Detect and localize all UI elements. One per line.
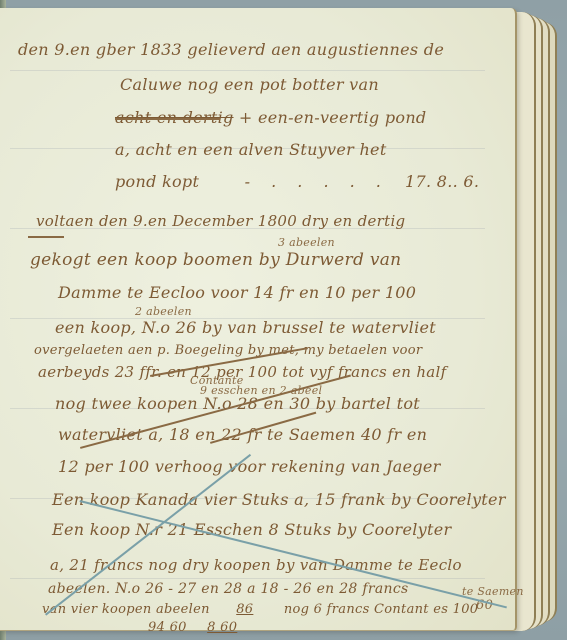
entry2-line11: Een koop N.r 21 Esschen 8 Stuks by Coore… xyxy=(52,520,451,539)
entry2-line5: overgelaeten aen p. Boegeling by met, my… xyxy=(34,343,422,358)
entry2-line3: Damme te Eecloo voor 14 fr en 10 per 100 xyxy=(58,283,416,302)
ruled-line xyxy=(10,70,485,71)
entry2-line2: gekogt een koop boomen by Durwerd van xyxy=(30,250,401,270)
entry2-line13: abeelen. N.o 26 - 27 en 28 a 18 - 26 en … xyxy=(48,581,408,597)
entry1-line5: pond kopt - . . . . . xyxy=(115,172,389,191)
entry2-line1: voltaen den 9.en December 1800 dry en de… xyxy=(36,212,405,230)
entry2-superscript2: 2 abeelen xyxy=(135,305,192,318)
sum-value: 86 xyxy=(236,602,253,617)
entry2-superscript1: 3 abeelen xyxy=(278,236,335,249)
entry2-line8: watervliet a, 18 en 22 fr te Saemen 40 f… xyxy=(58,425,427,444)
entry2-line15: 94 60 8 60 xyxy=(148,620,237,635)
entry1-line2: Caluwe nog een pot botter van xyxy=(120,75,379,94)
entry2-line14: van vier koopen abeelen 86 nog 6 francs … xyxy=(42,602,478,617)
underline-mark xyxy=(28,236,64,238)
margin-note: te Saemen xyxy=(462,585,524,598)
entry2-line7: nog twee koopen N.o 28 en 30 by bartel t… xyxy=(55,394,420,413)
ruled-line xyxy=(10,578,485,579)
entry1-line1: den 9.en gber 1833 gelieverd aen augusti… xyxy=(18,40,444,59)
correction-text: een-en-veertig pond xyxy=(258,108,426,127)
entry1-line4: a, acht en een alven Stuyver het xyxy=(115,140,387,159)
entry2-line4: een koop, N.o 26 by van brussel te water… xyxy=(55,318,436,337)
entry2-line12: a, 21 francs nog dry koopen by van Damme… xyxy=(50,556,462,574)
line-text: van vier koopen abeelen xyxy=(42,602,210,617)
line-tail: nog 6 francs Contant es 100 xyxy=(284,602,479,617)
strike-mark xyxy=(115,118,220,120)
sum-value: 8 60 xyxy=(207,620,237,635)
entry1-amount: 17. 8.. 6. xyxy=(405,172,479,191)
entry2-line9: 12 per 100 verhoog voor rekening van Jae… xyxy=(58,457,441,476)
line-text: pond kopt xyxy=(115,172,199,191)
subtotal: 94 60 xyxy=(148,620,187,635)
leader-dots: - . . . . . xyxy=(245,172,389,191)
entry2-line10: Een koop Kanada vier Stuks a, 15 frank b… xyxy=(52,490,506,509)
